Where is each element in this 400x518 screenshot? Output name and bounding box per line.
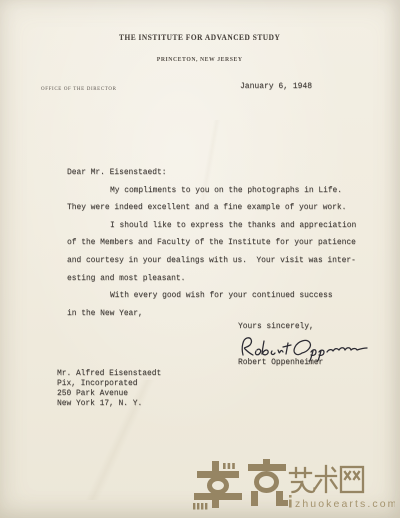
- recipient-street: 250 Park Avenue: [57, 389, 161, 399]
- zhuokearts-watermark-logo-icon: zhuokearts.com: [193, 450, 395, 514]
- typed-signature-name: Robert Oppenheimer: [238, 358, 323, 367]
- body-line: My compliments to you on the photographs…: [67, 182, 367, 200]
- letterhead: THE INSTITUTE FOR ADVANCED STUDY PRINCET…: [0, 27, 400, 66]
- body-line: They were indeed excellent and a fine ex…: [67, 199, 367, 217]
- letter-date: January 6, 1948: [240, 82, 312, 91]
- recipient-company: Pix, Incorporated: [57, 379, 161, 389]
- office-of-director-label: OFFICE OF THE DIRECTOR: [41, 86, 117, 92]
- letter-body: Dear Mr. Eisenstaedt: My compliments to …: [67, 164, 367, 322]
- recipient-city: New York 17, N. Y.: [57, 399, 161, 409]
- recipient-address: Mr. Alfred Eisenstaedt Pix, Incorporated…: [57, 369, 161, 409]
- valediction: Yours sincerely,: [238, 322, 314, 331]
- watermark-url: zhuokearts.com: [295, 498, 395, 510]
- letterhead-location: PRINCETON, NEW JERSEY: [157, 56, 243, 63]
- body-line: With every good wish for your continued …: [67, 287, 367, 305]
- salutation: Dear Mr. Eisenstaedt:: [67, 164, 367, 182]
- letterhead-institution: THE INSTITUTE FOR ADVANCED STUDY: [119, 33, 280, 42]
- recipient-name: Mr. Alfred Eisenstaedt: [57, 369, 161, 379]
- body-line: I should like to express the thanks and …: [67, 217, 367, 235]
- letter-paper: THE INSTITUTE FOR ADVANCED STUDY PRINCET…: [0, 0, 400, 518]
- body-line: in the New Year,: [67, 305, 367, 323]
- body-line: and courtesy in your dealings with us. Y…: [67, 252, 367, 270]
- body-line: esting and most pleasant.: [67, 270, 367, 288]
- body-line: of the Members and Faculty of the Instit…: [67, 234, 367, 252]
